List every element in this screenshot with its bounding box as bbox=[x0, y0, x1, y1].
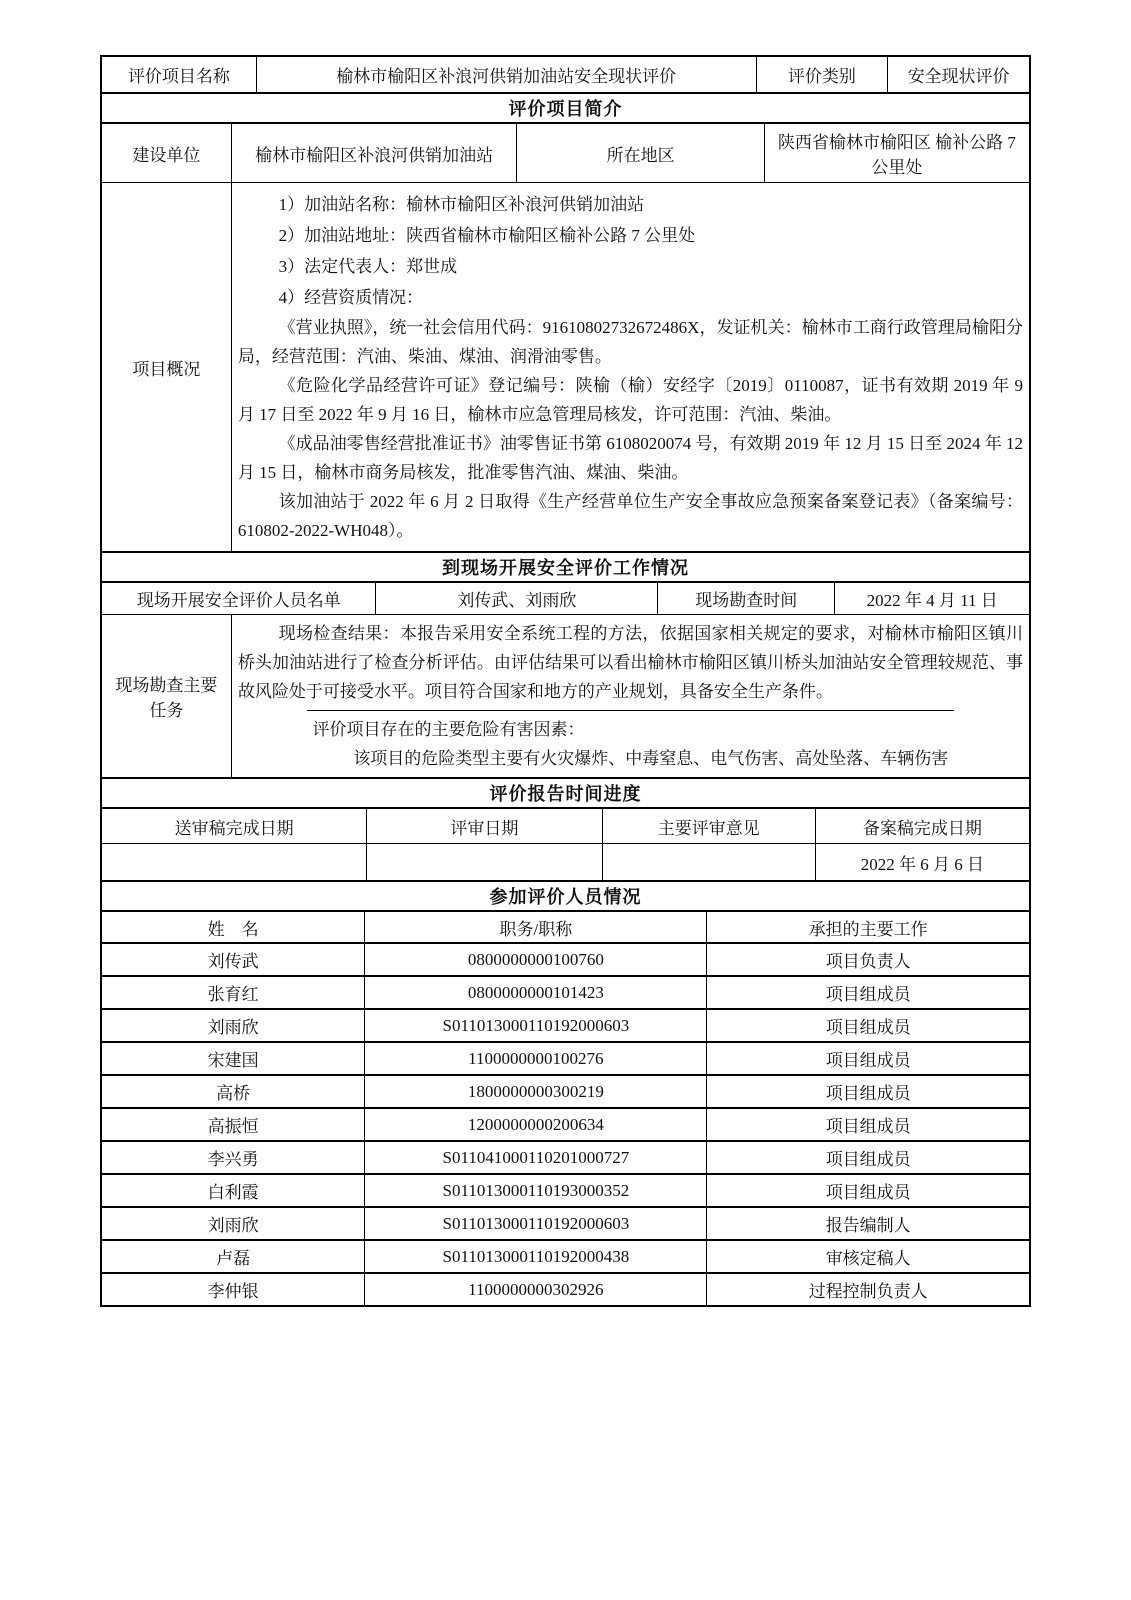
person-name: 李兴勇 bbox=[102, 1142, 364, 1173]
schedule-col-final: 备案稿完成日期 bbox=[815, 809, 1029, 843]
person-title: S011041000110201000727 bbox=[364, 1142, 706, 1173]
schedule-val-final: 2022 年 6 月 6 日 bbox=[815, 844, 1029, 880]
project-name-value: 榆林市榆阳区补浪河供销加油站安全现状评价 bbox=[256, 57, 756, 92]
person-title: S011013000110192000603 bbox=[364, 1208, 706, 1239]
person-name: 刘雨欣 bbox=[102, 1208, 364, 1239]
person-role: 项目组成员 bbox=[706, 1010, 1029, 1041]
overview-para-3: 《成品油零售经营批准证书》油零售证书第 6108020074 号，有效期 201… bbox=[238, 429, 1023, 487]
person-name: 高桥 bbox=[102, 1076, 364, 1107]
people-col-role: 承担的主要工作 bbox=[706, 912, 1029, 942]
person-row: 李兴勇 S011041000110201000727 项目组成员 bbox=[102, 1140, 1029, 1173]
schedule-col-draft: 送审稿完成日期 bbox=[102, 809, 366, 843]
person-title: S011013000110192000438 bbox=[364, 1241, 706, 1272]
survey-result-text: 现场检查结果：本报告采用安全系统工程的方法，依据国家相关规定的要求，对榆林市榆阳… bbox=[238, 619, 1023, 706]
category-label: 评价类别 bbox=[756, 57, 888, 92]
people-col-name: 姓 名 bbox=[102, 912, 364, 942]
location-value: 陕西省榆林市榆阳区 榆补公路 7 公里处 bbox=[764, 124, 1029, 182]
survey-time-value: 2022 年 4 月 11 日 bbox=[834, 583, 1029, 614]
person-row: 卢磊 S011013000110192000438 审核定稿人 bbox=[102, 1239, 1029, 1272]
person-row: 李仲银 1100000000302926 过程控制负责人 bbox=[102, 1272, 1029, 1305]
evaluation-report-table: 评价项目名称 榆林市榆阳区补浪河供销加油站安全现状评价 评价类别 安全现状评价 … bbox=[100, 55, 1031, 1307]
section-people-title: 参加评价人员情况 bbox=[102, 882, 1029, 910]
person-title: S011013000110192000603 bbox=[364, 1010, 706, 1041]
person-role: 审核定稿人 bbox=[706, 1241, 1029, 1272]
person-role: 过程控制负责人 bbox=[706, 1274, 1029, 1305]
overview-row: 项目概况 1）加油站名称：榆林市榆阳区补浪河供销加油站 2）加油站地址：陕西省榆… bbox=[102, 182, 1029, 551]
person-role: 报告编制人 bbox=[706, 1208, 1029, 1239]
person-row: 宋建国 1100000000100276 项目组成员 bbox=[102, 1041, 1029, 1074]
survey-staff-row: 现场开展安全评价人员名单 刘传武、刘雨欣 现场勘查时间 2022 年 4 月 1… bbox=[102, 581, 1029, 614]
person-name: 高振恒 bbox=[102, 1109, 364, 1140]
survey-hazards-title: 评价项目存在的主要危险有害因素： bbox=[313, 715, 949, 744]
person-row: 刘雨欣 S011013000110192000603 项目组成员 bbox=[102, 1008, 1029, 1041]
person-title: S011013000110193000352 bbox=[364, 1175, 706, 1206]
section-site-survey-title: 到现场开展安全评价工作情况 bbox=[102, 553, 1029, 581]
person-title: 1100000000100276 bbox=[364, 1043, 706, 1074]
category-value: 安全现状评价 bbox=[887, 57, 1029, 92]
person-role: 项目组成员 bbox=[706, 1175, 1029, 1206]
person-name: 卢磊 bbox=[102, 1241, 364, 1272]
section-people: 参加评价人员情况 bbox=[102, 880, 1029, 910]
overview-line-1: 1）加油站名称：榆林市榆阳区补浪河供销加油站 bbox=[238, 189, 1023, 220]
person-role: 项目组成员 bbox=[706, 1043, 1029, 1074]
person-name: 刘传武 bbox=[102, 944, 364, 975]
overview-para-4: 该加油站于 2022 年 6 月 2 日取得《生产经营单位生产安全事故应急预案备… bbox=[238, 487, 1023, 545]
survey-task-label: 现场勘查主要任务 bbox=[102, 615, 231, 777]
title-row: 评价项目名称 榆林市榆阳区补浪河供销加油站安全现状评价 评价类别 安全现状评价 bbox=[102, 57, 1029, 92]
person-name: 宋建国 bbox=[102, 1043, 364, 1074]
person-row: 刘雨欣 S011013000110192000603 报告编制人 bbox=[102, 1206, 1029, 1239]
person-row: 张育红 0800000000101423 项目组成员 bbox=[102, 975, 1029, 1008]
person-name: 白利霞 bbox=[102, 1175, 364, 1206]
schedule-header-row: 送审稿完成日期 评审日期 主要评审意见 备案稿完成日期 bbox=[102, 807, 1029, 843]
overview-line-2: 2）加油站地址：陕西省榆林市榆阳区榆补公路 7 公里处 bbox=[238, 220, 1023, 251]
person-title: 1200000000200634 bbox=[364, 1109, 706, 1140]
company-row: 建设单位 榆林市榆阳区补浪河供销加油站 所在地区 陕西省榆林市榆阳区 榆补公路 … bbox=[102, 122, 1029, 182]
survey-task-row: 现场勘查主要任务 现场检查结果：本报告采用安全系统工程的方法，依据国家相关规定的… bbox=[102, 614, 1029, 777]
survey-time-label: 现场勘查时间 bbox=[657, 583, 834, 614]
person-row: 高振恒 1200000000200634 项目组成员 bbox=[102, 1107, 1029, 1140]
overview-line-4: 4）经营资质情况： bbox=[238, 282, 1023, 313]
overview-para-1: 《营业执照》，统一社会信用代码：91610802732672486X，发证机关：… bbox=[238, 313, 1023, 371]
survey-staff-value: 刘传武、刘雨欣 bbox=[375, 583, 657, 614]
survey-hazards-text: 该项目的危险类型主要有火灾爆炸、中毒窒息、电气伤害、高处坠落、车辆伤害 bbox=[313, 744, 949, 773]
person-title: 1100000000302926 bbox=[364, 1274, 706, 1305]
location-label: 所在地区 bbox=[516, 124, 764, 182]
company-value: 榆林市榆阳区补浪河供销加油站 bbox=[231, 124, 517, 182]
company-label: 建设单位 bbox=[102, 124, 231, 182]
section-schedule-title: 评价报告时间进度 bbox=[102, 779, 1029, 807]
section-schedule: 评价报告时间进度 bbox=[102, 777, 1029, 807]
project-name-label: 评价项目名称 bbox=[102, 57, 256, 92]
schedule-val-review bbox=[366, 844, 601, 880]
survey-result: 现场检查结果：本报告采用安全系统工程的方法，依据国家相关规定的要求，对榆林市榆阳… bbox=[232, 615, 1029, 710]
person-title: 1800000000300219 bbox=[364, 1076, 706, 1107]
person-name: 刘雨欣 bbox=[102, 1010, 364, 1041]
person-role: 项目组成员 bbox=[706, 1109, 1029, 1140]
person-row: 刘传武 0800000000100760 项目负责人 bbox=[102, 942, 1029, 975]
person-name: 李仲银 bbox=[102, 1274, 364, 1305]
person-title: 0800000000101423 bbox=[364, 977, 706, 1008]
person-role: 项目组成员 bbox=[706, 1076, 1029, 1107]
person-row: 高桥 1800000000300219 项目组成员 bbox=[102, 1074, 1029, 1107]
schedule-col-review: 评审日期 bbox=[366, 809, 601, 843]
survey-hazards: 评价项目存在的主要危险有害因素： 该项目的危险类型主要有火灾爆炸、中毒窒息、电气… bbox=[307, 710, 955, 777]
section-site-survey: 到现场开展安全评价工作情况 bbox=[102, 551, 1029, 581]
schedule-val-opinion bbox=[602, 844, 815, 880]
person-title: 0800000000100760 bbox=[364, 944, 706, 975]
person-row: 白利霞 S011013000110193000352 项目组成员 bbox=[102, 1173, 1029, 1206]
person-role: 项目负责人 bbox=[706, 944, 1029, 975]
survey-task-content: 现场检查结果：本报告采用安全系统工程的方法，依据国家相关规定的要求，对榆林市榆阳… bbox=[231, 615, 1029, 777]
survey-staff-label: 现场开展安全评价人员名单 bbox=[102, 583, 375, 614]
section-intro-title: 评价项目简介 bbox=[102, 94, 1029, 122]
schedule-val-draft bbox=[102, 844, 366, 880]
overview-line-3: 3）法定代表人：郑世成 bbox=[238, 251, 1023, 282]
overview-para-2: 《危险化学品经营许可证》登记编号：陕榆（榆）安经字〔2019〕0110087，证… bbox=[238, 371, 1023, 429]
people-header-row: 姓 名 职务/职称 承担的主要工作 bbox=[102, 910, 1029, 942]
person-name: 张育红 bbox=[102, 977, 364, 1008]
overview-label: 项目概况 bbox=[102, 183, 231, 551]
schedule-col-opinion: 主要评审意见 bbox=[602, 809, 815, 843]
section-intro: 评价项目简介 bbox=[102, 92, 1029, 122]
people-col-title: 职务/职称 bbox=[364, 912, 706, 942]
person-role: 项目组成员 bbox=[706, 1142, 1029, 1173]
schedule-value-row: 2022 年 6 月 6 日 bbox=[102, 843, 1029, 880]
person-role: 项目组成员 bbox=[706, 977, 1029, 1008]
overview-content: 1）加油站名称：榆林市榆阳区补浪河供销加油站 2）加油站地址：陕西省榆林市榆阳区… bbox=[231, 183, 1029, 551]
